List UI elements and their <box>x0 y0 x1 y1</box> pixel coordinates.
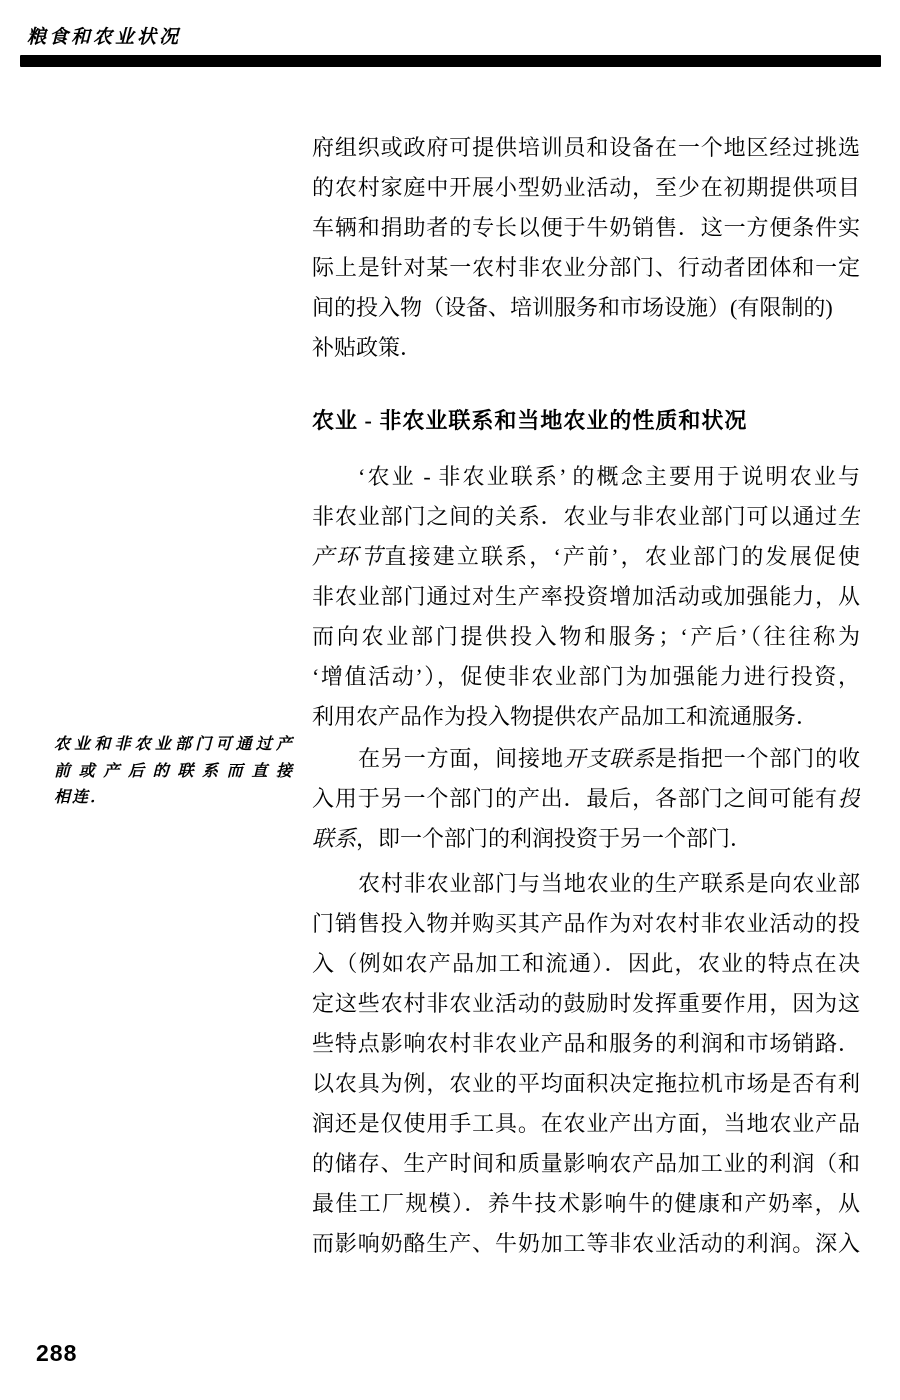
margin-note: 农业和非农业部门可通过产前或产后的联系而直接相连． <box>54 732 294 812</box>
text-line: 补贴政策． <box>312 328 860 368</box>
text-segment: 入用于另一个部门的产出．最后，各部门之间可能有 <box>312 786 838 811</box>
text-segment: 际上是针对某一农村非农业分部门、行动者团体和一定时 <box>312 255 860 288</box>
text-segment: 非农业部门通过对生产率投资增加活动或加强能力，从 <box>312 584 860 609</box>
text-line: 入用于另一个部门的产出．最后，各部门之间可能有投资 <box>312 779 860 819</box>
italic-text-segment: 联系 <box>312 826 356 851</box>
text-line: 间的投入物（设备、培训服务和市场设施）(有限制的) <box>312 288 860 328</box>
text-segment: 直接建立联系，‘产前’，农业部门的发展促使 <box>384 544 860 569</box>
margin-note-line: 农业和非农业部门可通过产 <box>54 732 294 759</box>
page-number: 288 <box>36 1340 77 1367</box>
text-segment: 是指把一个部门的收 <box>655 746 860 771</box>
text-segment: 补贴政策． <box>312 335 422 360</box>
text-segment: 最佳工厂规模）．养牛技术影响牛的健康和产奶率，从 <box>312 1191 860 1216</box>
text-line: 而影响奶酪生产、牛奶加工等非农业活动的利润。深入 <box>312 1224 860 1264</box>
document-page: 粮食和农业状况 农业和非农业部门可通过产前或产后的联系而直接相连． 府组织或政府… <box>0 0 900 1400</box>
text-segment: 些特点影响农村非农业产品和服务的利润和市场销路． <box>312 1031 860 1056</box>
text-line: 际上是针对某一农村非农业分部门、行动者团体和一定时 <box>312 248 860 288</box>
text-segment: 以农具为例，农业的平均面积决定拖拉机市场是否有利 <box>312 1071 860 1096</box>
text-line: 非农业部门之间的关系．农业与非农业部门可以通过生 <box>312 497 860 537</box>
text-line: 利用农产品作为投入物提供农产品加工和流通服务． <box>312 697 860 737</box>
italic-text-segment: 开支联系 <box>564 746 655 771</box>
italic-text-segment: 生 <box>838 504 860 529</box>
margin-note-line: 相连． <box>54 785 294 812</box>
text-segment: 在另一方面，间接地 <box>358 746 564 771</box>
text-line: ‘增值活动’），促使非农业部门为加强能力进行投资， <box>312 657 860 697</box>
text-line: ‘农业 - 非农业联系’ 的概念主要用于说明农业与 <box>312 457 860 497</box>
margin-note-line: 前或产后的联系而直接 <box>54 759 294 786</box>
text-segment: 定这些农村非农业活动的鼓励时发挥重要作用，因为这 <box>312 991 860 1016</box>
text-line: 最佳工厂规模）．养牛技术影响牛的健康和产奶率，从 <box>312 1184 860 1224</box>
text-line: 门销售投入物并购买其产品作为对农村非农业活动的投 <box>312 904 860 944</box>
text-segment: 非农业部门之间的关系．农业与非农业部门可以通过 <box>312 504 838 529</box>
para-2: ‘农业 - 非农业联系’ 的概念主要用于说明农业与非农业部门之间的关系．农业与非… <box>312 457 860 737</box>
text-segment: 而影响奶酪生产、牛奶加工等非农业活动的利润。深入 <box>312 1231 860 1256</box>
text-line: 而向农业部门提供投入物和服务；‘产后’（往往称为 <box>312 617 860 657</box>
text-line: 以农具为例，农业的平均面积决定拖拉机市场是否有利 <box>312 1064 860 1104</box>
para-1: 府组织或政府可提供培训员和设备在一个地区经过挑选的农村家庭中开展小型奶业活动，至… <box>312 128 860 368</box>
text-segment: 门销售投入物并购买其产品作为对农村非农业活动的投 <box>312 911 860 936</box>
text-line: 在另一方面，间接地开支联系是指把一个部门的收 <box>312 739 860 779</box>
text-line: 些特点影响农村非农业产品和服务的利润和市场销路． <box>312 1024 860 1064</box>
text-segment: 农村非农业部门与当地农业的生产联系是向农业部 <box>358 871 860 896</box>
text-line: 车辆和捐助者的专长以便于牛奶销售．这一方便条件实 <box>312 208 860 248</box>
text-segment: 而向农业部门提供投入物和服务；‘产后’（往往称为 <box>312 624 860 649</box>
text-line: 定这些农村非农业活动的鼓励时发挥重要作用，因为这 <box>312 984 860 1024</box>
text-segment: 车辆和捐助者的专长以便于牛奶销售．这一方便条件实 <box>312 215 860 240</box>
para-4: 农村非农业部门与当地农业的生产联系是向农业部门销售投入物并购买其产品作为对农村非… <box>312 864 860 1264</box>
text-segment: ‘增值活动’），促使非农业部门为加强能力进行投资， <box>312 664 860 689</box>
text-segment: 府组织或政府可提供培训员和设备在一个地区经过挑选 <box>312 135 860 160</box>
text-segment: 润还是仅使用手工具。在农业产出方面，当地农业产品 <box>312 1111 860 1136</box>
text-segment: 利用农产品作为投入物提供农产品加工和流通服务． <box>312 704 818 729</box>
text-segment: ‘农业 - 非农业联系’ 的概念主要用于说明农业与 <box>358 464 860 489</box>
section-heading: 农业 - 非农业联系和当地农业的性质和状况 <box>312 401 860 441</box>
text-segment: ，即一个部门的利润投资于另一个部门． <box>356 826 752 851</box>
header-rule <box>20 55 881 67</box>
text-segment: 间的投入物（设备、培训服务和市场设施）(有限制的) <box>312 295 833 320</box>
text-line: 府组织或政府可提供培训员和设备在一个地区经过挑选 <box>312 128 860 168</box>
text-line: 入（例如农产品加工和流通）．因此，农业的特点在决 <box>312 944 860 984</box>
italic-text-segment: 产环节 <box>312 544 384 569</box>
text-line: 的农村家庭中开展小型奶业活动，至少在初期提供项目 <box>312 168 860 208</box>
text-line: 非农业部门通过对生产率投资增加活动或加强能力，从 <box>312 577 860 617</box>
running-header: 粮食和农业状况 <box>27 22 181 49</box>
text-line: 的储存、生产时间和质量影响农产品加工业的利润（和 <box>312 1144 860 1184</box>
text-segment: 入（例如农产品加工和流通）．因此，农业的特点在决 <box>312 951 860 976</box>
text-line: 产环节直接建立联系，‘产前’，农业部门的发展促使 <box>312 537 860 577</box>
text-segment: 的储存、生产时间和质量影响农产品加工业的利润（和 <box>312 1151 860 1176</box>
text-line: 农村非农业部门与当地农业的生产联系是向农业部 <box>312 864 860 904</box>
text-line: 联系，即一个部门的利润投资于另一个部门． <box>312 819 860 859</box>
text-line: 润还是仅使用手工具。在农业产出方面，当地农业产品 <box>312 1104 860 1144</box>
text-segment: 的农村家庭中开展小型奶业活动，至少在初期提供项目 <box>312 175 860 200</box>
para-3: 在另一方面，间接地开支联系是指把一个部门的收入用于另一个部门的产出．最后，各部门… <box>312 739 860 859</box>
